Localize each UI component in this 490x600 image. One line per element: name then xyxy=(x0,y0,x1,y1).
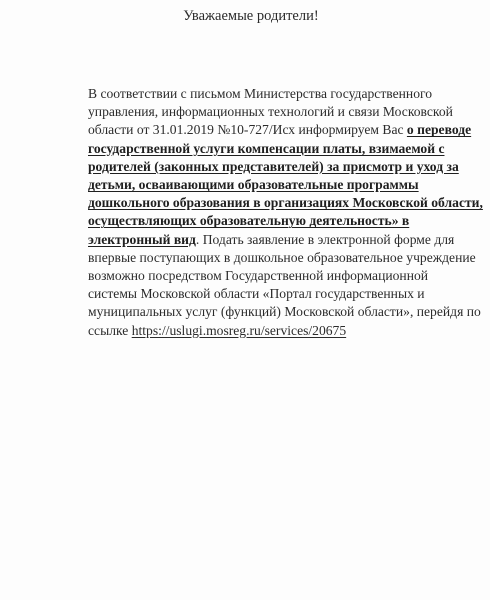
document-body-paragraph: В соответствии с письмом Министерства го… xyxy=(88,85,468,340)
paragraph-line: впервые поступающих в дошкольное образов… xyxy=(88,249,468,267)
text-segment: впервые поступающих в дошкольное образов… xyxy=(88,250,476,265)
text-segment: муниципальных услуг (функций) Московской… xyxy=(88,304,481,319)
text-segment: системы Московской области «Портал госуд… xyxy=(88,286,425,301)
paragraph-line: области от 31.01.2019 №10-727/Исх информ… xyxy=(88,121,468,139)
text-segment: ссылке xyxy=(88,323,132,338)
paragraph-line: ссылке https://uslugi.mosreg.ru/services… xyxy=(88,322,468,340)
emphasized-text: родителей (законных представителей) за п… xyxy=(88,159,459,174)
paragraph-line: электронный вид. Подать заявление в элек… xyxy=(88,231,468,249)
document-title: Уважаемые родители! xyxy=(0,7,490,25)
text-segment: . Подать заявление в электронной форме д… xyxy=(196,232,454,247)
emphasized-text: государственной услуги компенсации платы… xyxy=(88,141,444,156)
paragraph-line: государственной услуги компенсации платы… xyxy=(88,140,468,158)
emphasized-text: детьми, осваивающими образовательные про… xyxy=(88,177,419,192)
paragraph-line: системы Московской области «Портал госуд… xyxy=(88,285,468,303)
paragraph-line: осуществляющих образовательную деятельно… xyxy=(88,212,468,230)
paragraph-line: управления, информационных технологий и … xyxy=(88,103,468,121)
emphasized-text: осуществляющих образовательную деятельно… xyxy=(88,213,409,228)
paragraph-line: детьми, осваивающими образовательные про… xyxy=(88,176,468,194)
paragraph-line: возможно посредством Государственной инф… xyxy=(88,267,468,285)
emphasized-text: электронный вид xyxy=(88,232,196,247)
text-segment: В соответствии с письмом Министерства го… xyxy=(88,86,432,101)
services-link[interactable]: https://uslugi.mosreg.ru/services/20675 xyxy=(132,323,346,338)
emphasized-text: дошкольного образования в организациях М… xyxy=(88,195,483,210)
paragraph-line: родителей (законных представителей) за п… xyxy=(88,158,468,176)
paragraph-line: муниципальных услуг (функций) Московской… xyxy=(88,303,468,321)
scanned-document-page: Уважаемые родители! В соответствии с пис… xyxy=(0,0,490,600)
text-segment: области от 31.01.2019 №10-727/Исх информ… xyxy=(88,122,407,137)
emphasized-text: о переводе xyxy=(407,122,471,137)
paragraph-line: дошкольного образования в организациях М… xyxy=(88,194,468,212)
text-segment: возможно посредством Государственной инф… xyxy=(88,268,428,283)
paragraph-line: В соответствии с письмом Министерства го… xyxy=(88,85,468,103)
text-segment: управления, информационных технологий и … xyxy=(88,104,453,119)
